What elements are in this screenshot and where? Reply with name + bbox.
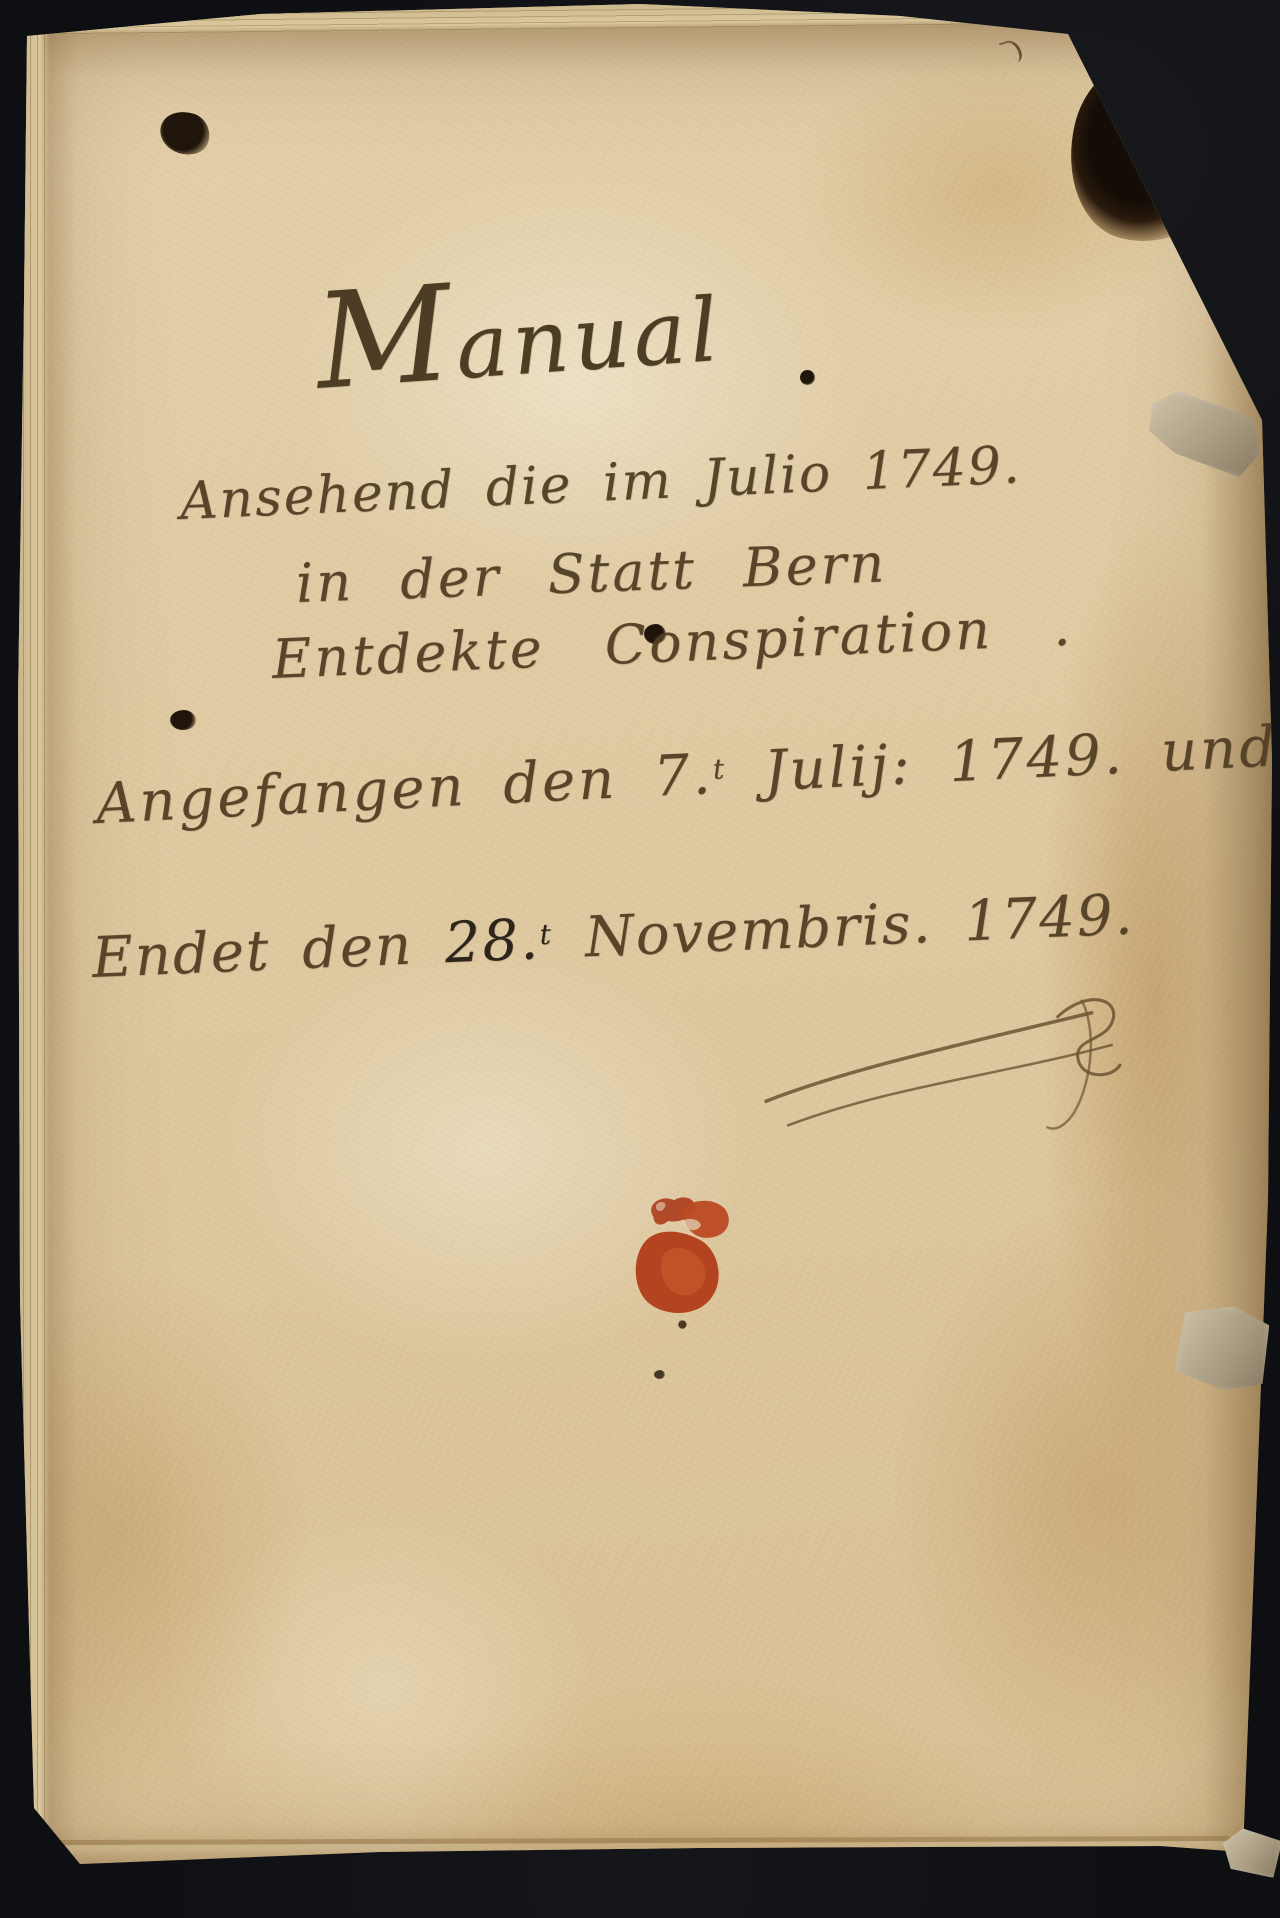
ink-spot (654, 1370, 665, 1379)
ink-spot (170, 710, 196, 730)
text-segment: 28. (443, 907, 541, 976)
pen-flourish (758, 982, 1130, 1144)
book-fore-edge-pages (16, 30, 50, 1830)
manuscript-title: Manual (311, 238, 726, 420)
red-wax-seal (622, 1192, 747, 1337)
title-ink-dot (800, 370, 815, 385)
photo-of-manuscript-cover: Manual Ansehend die im Julio 1749. in de… (0, 0, 1280, 1918)
